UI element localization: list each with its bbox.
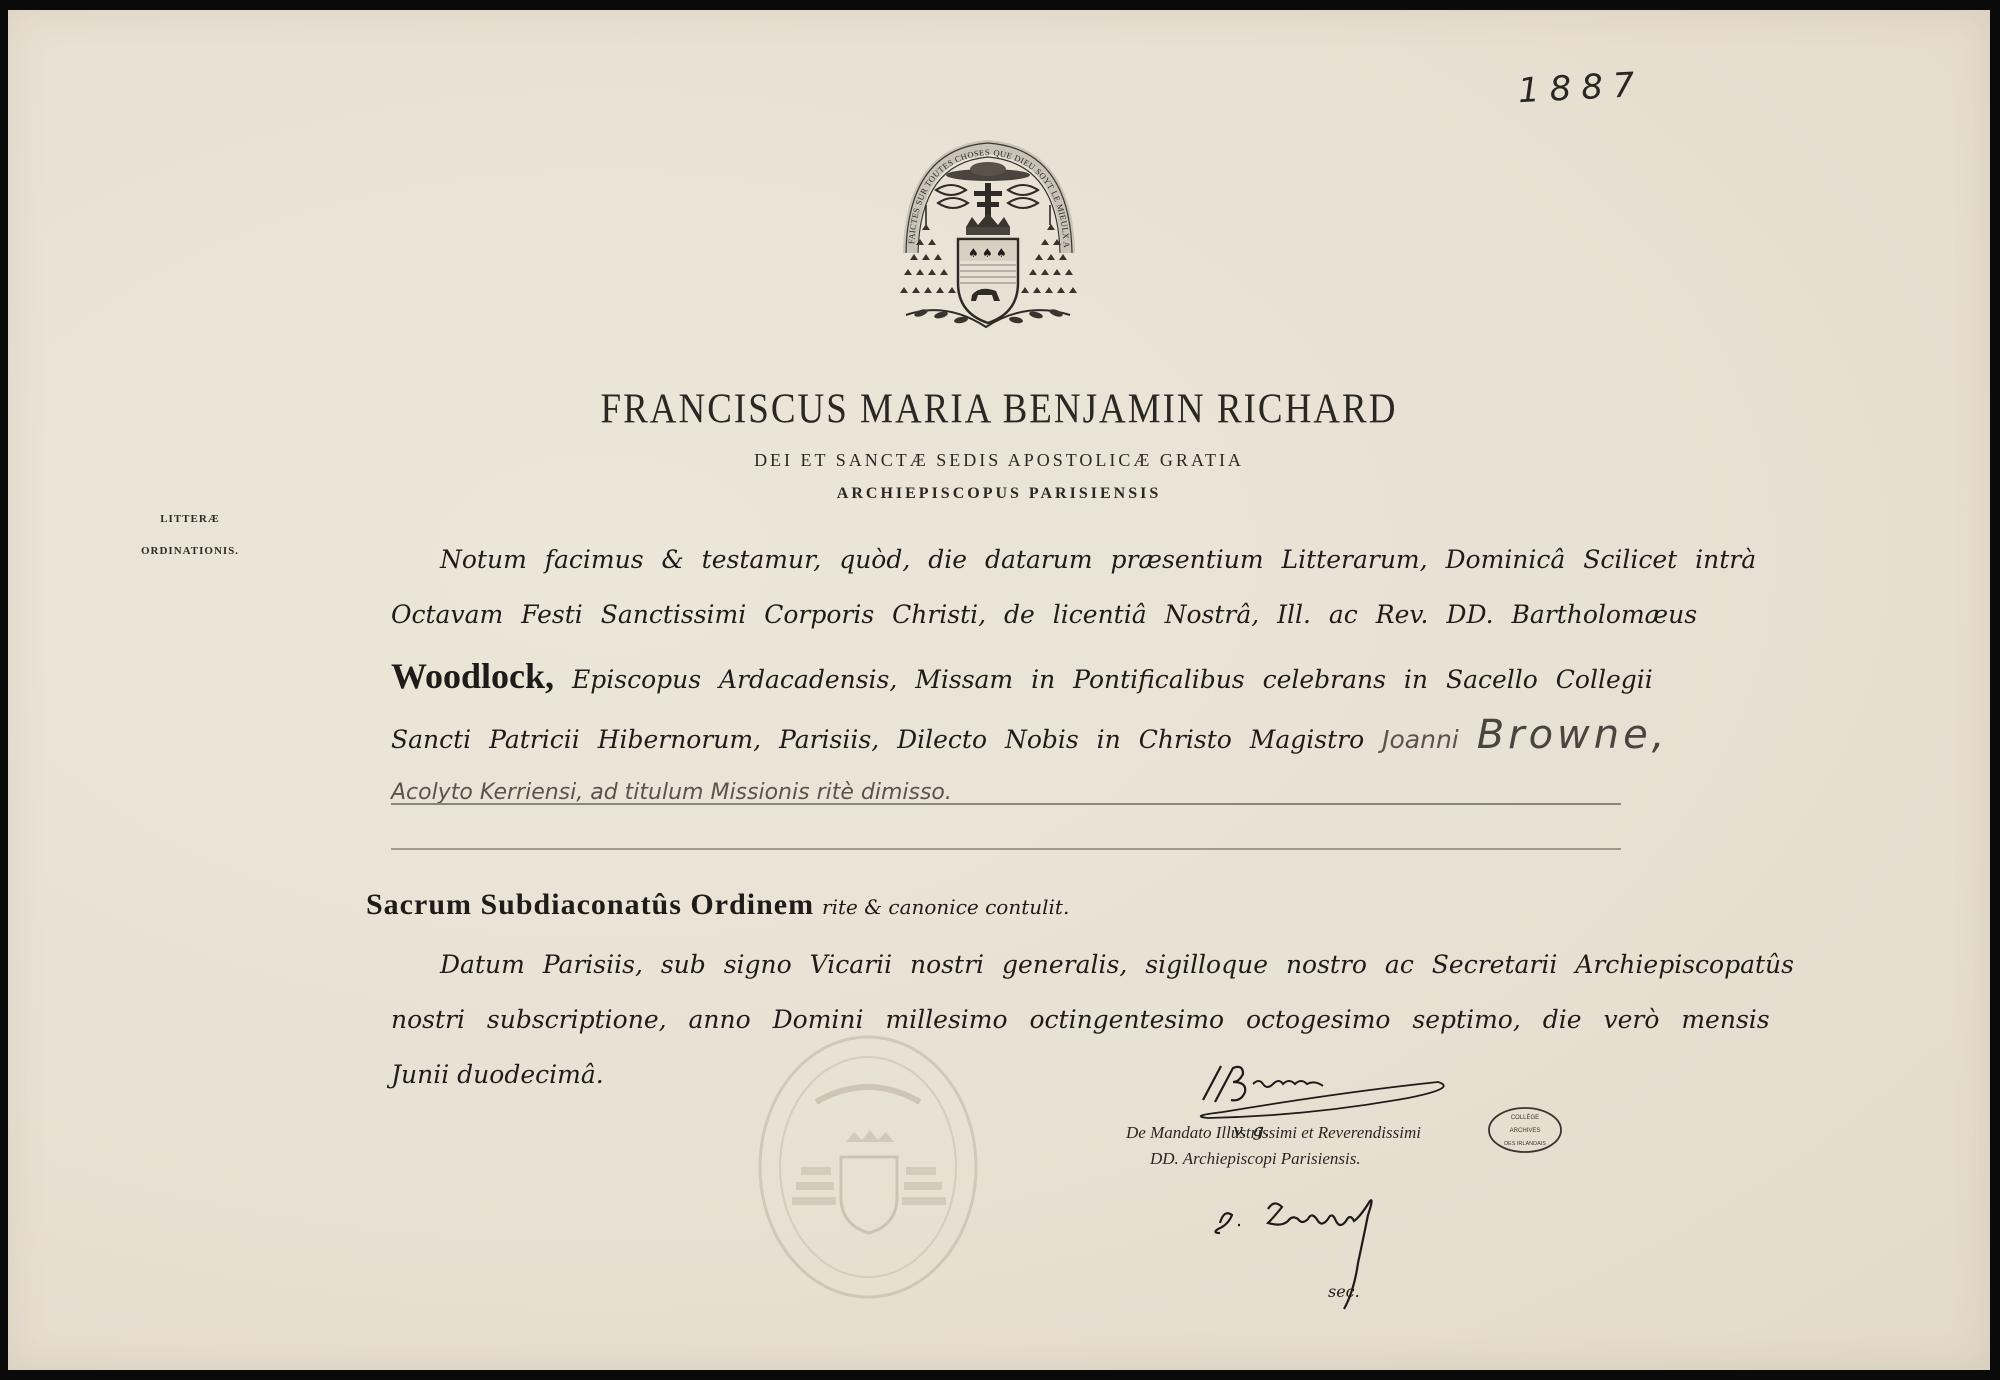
embossed-seal-icon — [756, 1032, 981, 1302]
svg-text:♠: ♠ — [982, 246, 993, 260]
svg-text:ARCHIVES: ARCHIVES — [1510, 1128, 1541, 1134]
svg-text:DES IRLANDAIS: DES IRLANDAIS — [1504, 1141, 1546, 1147]
heading-title-line: ARCHIEPISCOPUS PARISIENSIS — [8, 485, 1990, 503]
coat-of-arms-icon: FAICTES SUR TOUTES CHOSES QUE DIEU SOYT … — [896, 135, 1081, 350]
bishop-surname: Woodlock, — [391, 656, 554, 696]
order-conferred-line: Sacrum Subdiaconatûs Ordinem rite & cano… — [366, 888, 1069, 922]
dating-line-3: Junii duodecimâ. — [391, 1060, 604, 1089]
heading-grace-line: DEI ET SANCTÆ SEDIS APOSTOLICÆ GRATIA — [8, 450, 1990, 471]
certificate-paper: 1887 FAICTES SUR TOUTES CHOSES QUE DIEU … — [8, 10, 1990, 1370]
handwritten-line-5: Acolyto Kerriensi, ad titulum Missionis … — [391, 780, 952, 805]
body-line-3: Woodlock, Episcopus Ardacadensis, Missam… — [391, 655, 1653, 697]
side-label-line1: LITTERÆ — [100, 503, 280, 535]
ordinand-surname: Browne, — [1477, 712, 1669, 758]
body-line-4: Sancti Patricii Hibernorum, Parisiis, Di… — [391, 712, 1668, 758]
dating-line-2: nostri subscriptione, anno Domini milles… — [391, 1005, 1770, 1034]
archbishop-name: FRANCISCUS MARIA BENJAMIN RICHARD — [8, 385, 1990, 434]
dating-line-1: Datum Parisiis, sub signo Vicarii nostri… — [440, 950, 1794, 979]
year-annotation: 1887 — [1517, 65, 1645, 112]
mandate-text: De Mandato Illustrissimi et Reverendissi… — [1126, 1120, 1421, 1172]
mandate-line-1: De Mandato Illustrissimi et Reverendissi… — [1126, 1120, 1421, 1146]
body-line-2: Octavam Festi Sanctissimi Corporis Chris… — [391, 600, 1697, 629]
svg-text:♠: ♠ — [996, 246, 1007, 260]
body-line-1: Notum facimus & testamur, quòd, die data… — [440, 545, 1756, 574]
side-label-line2: ORDINATIONIS. — [100, 535, 280, 567]
ordinand-first-name: Joanni — [1382, 725, 1459, 754]
svg-text:COLLÈGE: COLLÈGE — [1511, 1114, 1539, 1121]
svg-text:sec.: sec. — [1328, 1282, 1360, 1301]
svg-text:♠: ♠ — [968, 246, 979, 260]
side-label: LITTERÆ ORDINATIONIS. — [100, 503, 280, 567]
order-rest: rite & canonice contulit. — [822, 895, 1069, 919]
fill-in-rule-1 — [391, 803, 1621, 805]
fill-in-rule-2 — [391, 848, 1621, 850]
mandate-line-2: DD. Archiepiscopi Parisiensis. — [1126, 1146, 1421, 1172]
order-name: Sacrum Subdiaconatûs Ordinem — [366, 888, 814, 921]
secretary-signature-icon: sec. — [1208, 1185, 1458, 1315]
body-line-3-rest: Episcopus Ardacadensis, Missam in Pontif… — [572, 665, 1653, 694]
body-line-4-text: Sancti Patricii Hibernorum, Parisiis, Di… — [391, 725, 1364, 754]
archive-stamp-icon: COLLÈGE ARCHIVES DES IRLANDAIS — [1486, 1105, 1564, 1155]
